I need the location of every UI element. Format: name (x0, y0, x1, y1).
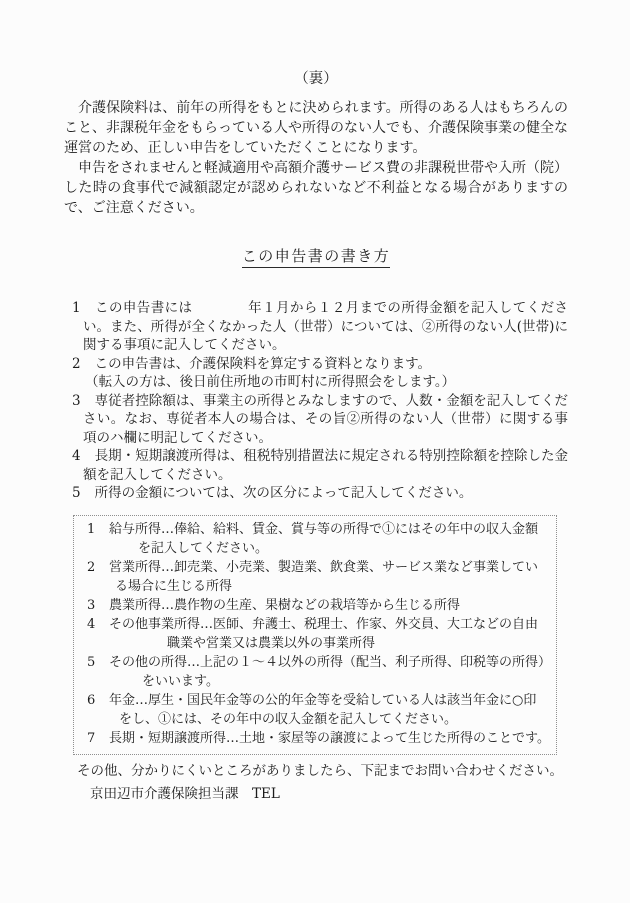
income-category-continuation: 職業や営業又は農業以外の事業所得 (167, 634, 548, 653)
contact-line: 京田辺市介護保険担当課 TEL (90, 785, 568, 803)
income-category-line: 1給与所得…俸給、給料、賃金、賞与等の所得で①にはその年中の収入金額 (87, 520, 548, 539)
income-category-item-6: 6年金…厚生・国民年金等の公的年金等を受給している人は該当年金に○印 をし、①に… (87, 691, 548, 729)
instruction-text: この申告書は、介護保険料を算定する資料となります。 (95, 356, 431, 372)
instruction-number: 3 (72, 393, 81, 409)
income-category-number: 2 (87, 558, 109, 577)
instruction-number: 2 (72, 356, 81, 372)
income-category-item-2: 2営業所得…卸売業、小売業、製造業、飲食業、サービス業など事業してい る場合に生… (87, 558, 548, 596)
document-page: （裏） 介護保険料は、前年の所得をもとに決められます。所得のある人はもちろんのこ… (0, 0, 630, 903)
instruction-number: 1 (72, 300, 81, 316)
instruction-text: 専従者控除額は、事業主の所得とみなしますので、人数・金額を記入してください。なお… (83, 393, 568, 446)
instruction-item-4: 4長期・短期譲渡所得は、租税特別措置法に規定される特別控除額を控除した金額を記入… (72, 447, 568, 484)
income-category-text: その他事業所得…医師、弁護士、税理士、作家、外交員、大工などの自由 (109, 617, 538, 632)
income-category-text: その他の所得…上記の１～４以外の所得（配当、利子所得、印税等の所得） (109, 655, 551, 670)
income-category-continuation: を記入してください。 (138, 539, 548, 558)
income-category-line: 6年金…厚生・国民年金等の公的年金等を受給している人は該当年金に○印 (87, 691, 548, 710)
page-side-label: （裏） (64, 70, 568, 88)
instruction-item-5: 5所得の金額については、次の区分によって記入してください。 (72, 484, 568, 503)
income-category-number: 5 (87, 653, 109, 672)
income-category-text: 営業所得…卸売業、小売業、製造業、飲食業、サービス業など事業してい (109, 560, 538, 575)
income-category-text: 農業所得…農作物の生産、果樹などの栽培等から生じる所得 (109, 598, 460, 613)
income-category-line: 5その他の所得…上記の１～４以外の所得（配当、利子所得、印税等の所得） (87, 653, 548, 672)
instruction-number: 5 (72, 485, 81, 501)
income-category-line: 2営業所得…卸売業、小売業、製造業、飲食業、サービス業など事業してい (87, 558, 548, 577)
income-category-number: 4 (87, 615, 109, 634)
income-category-line: 7長期・短期譲渡所得…土地・家屋等の譲渡によって生じた所得のことです。 (87, 729, 548, 748)
intro-paragraph-1: 介護保険料は、前年の所得をもとに決められます。所得のある人はもちろんのこと、非課… (64, 98, 568, 158)
income-category-item-1: 1給与所得…俸給、給料、賃金、賞与等の所得で①にはその年中の収入金額 を記入して… (87, 520, 548, 558)
instruction-item-2: 2この申告書は、介護保険料を算定する資料となります。 (72, 355, 568, 374)
instructions-list: 1この申告書には 年１月から１２月までの所得金額を記入してください。また、所得が… (72, 299, 568, 503)
section-title: この申告書の書き方 (242, 245, 391, 268)
intro-paragraph-2: 申告をされませんと軽減適用や高額介護サービス費の非課税世帯や入所（院）した時の食… (64, 158, 568, 218)
income-category-box: 1給与所得…俸給、給料、賃金、賞与等の所得で①にはその年中の収入金額 を記入して… (73, 515, 557, 755)
closing-note: その他、分かりにくいところがありましたら、下記までお問い合わせください。 (77, 762, 568, 780)
income-category-item-4: 4その他事業所得…医師、弁護士、税理士、作家、外交員、大工などの自由 職業や営業… (87, 615, 548, 653)
income-category-line: 3農業所得…農作物の生産、果樹などの栽培等から生じる所得 (87, 596, 548, 615)
income-category-number: 7 (87, 729, 109, 748)
section-heading-wrap: この申告書の書き方 (64, 245, 568, 268)
income-category-item-7: 7長期・短期譲渡所得…土地・家屋等の譲渡によって生じた所得のことです。 (87, 729, 548, 748)
income-category-number: 6 (87, 691, 109, 710)
instruction-item-2-note: （転入の方は、後日前住所地の市町村に所得照会をします。） (72, 373, 568, 392)
income-category-number: 3 (87, 596, 109, 615)
instruction-text: この申告書には 年１月から１２月までの所得金額を記入してください。また、所得が全… (83, 300, 568, 353)
instruction-item-1: 1この申告書には 年１月から１２月までの所得金額を記入してください。また、所得が… (72, 299, 568, 355)
instruction-text: 所得の金額については、次の区分によって記入してください。 (95, 485, 473, 501)
income-category-item-5: 5その他の所得…上記の１～４以外の所得（配当、利子所得、印税等の所得） をいいま… (87, 653, 548, 691)
income-category-item-3: 3農業所得…農作物の生産、果樹などの栽培等から生じる所得 (87, 596, 548, 615)
instruction-number: 4 (72, 448, 81, 464)
income-category-line: 4その他事業所得…医師、弁護士、税理士、作家、外交員、大工などの自由 (87, 615, 548, 634)
instruction-text: 長期・短期譲渡所得は、租税特別措置法に規定される特別控除額を控除した金額を記入し… (83, 448, 568, 483)
income-category-number: 1 (87, 520, 109, 539)
income-category-continuation: る場合に生じる所得 (115, 577, 548, 596)
income-category-continuation: をし、①には、その年中の収入金額を記入してください。 (119, 710, 548, 729)
instruction-item-3: 3専従者控除額は、事業主の所得とみなしますので、人数・金額を記入してください。な… (72, 392, 568, 448)
income-category-text: 年金…厚生・国民年金等の公的年金等を受給している人は該当年金に○印 (109, 693, 536, 708)
income-category-text: 長期・短期譲渡所得…土地・家屋等の譲渡によって生じた所得のことです。 (109, 731, 550, 746)
income-category-text: 給与所得…俸給、給料、賃金、賞与等の所得で①にはその年中の収入金額 (109, 522, 538, 537)
income-category-continuation: をいいます。 (142, 672, 548, 691)
